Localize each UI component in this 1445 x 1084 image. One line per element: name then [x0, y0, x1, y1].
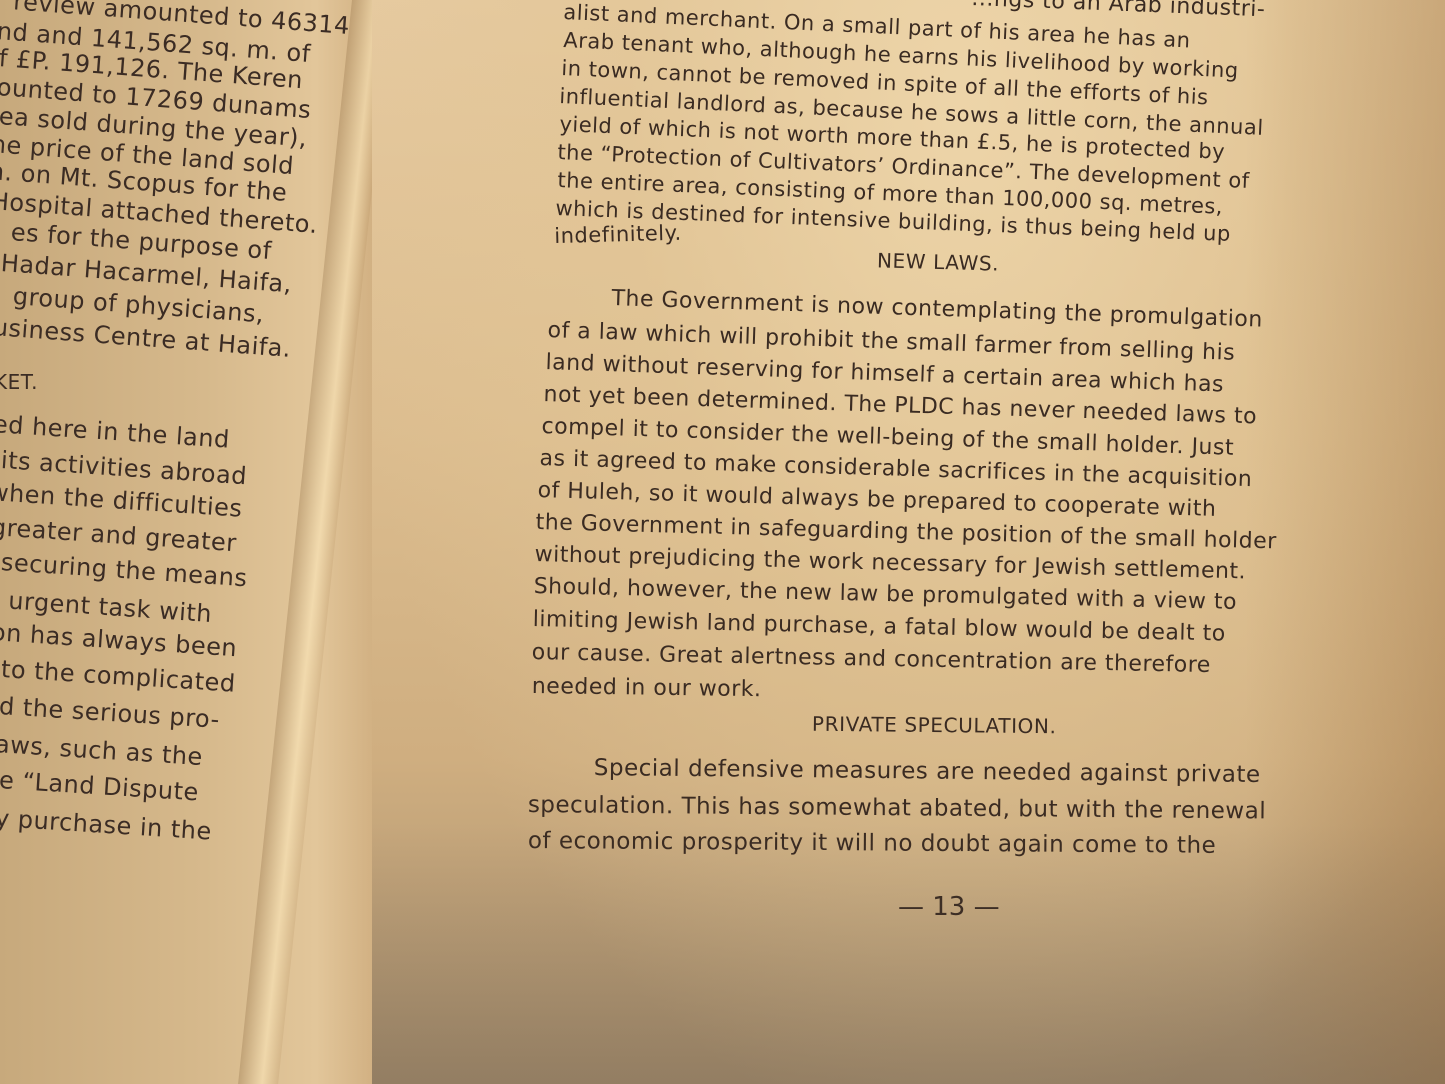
section-heading-private-speculation: PRIVATE SPECULATION. — [812, 712, 1057, 739]
text-line: limiting Jewish land purchase, a fatal b… — [532, 607, 1225, 647]
page-number: — 13 — — [898, 892, 1000, 922]
text-line: of economic prosperity it will no doubt … — [528, 828, 1217, 859]
text-line: ed here in the land — [0, 410, 231, 454]
section-heading-new-laws: NEW LAWS. — [877, 248, 1000, 275]
text-line: d the serious pro- — [0, 692, 221, 734]
text-line-fragment: ...ngs to an Arab industri- — [971, 0, 1266, 22]
book-spread: r review amounted to 46314 nd and 141,56… — [0, 0, 1445, 1084]
text-line: our cause. Great alertness and concentra… — [532, 640, 1212, 678]
text-line: to the complicated — [0, 655, 236, 698]
text-line: y purchase in the — [0, 804, 213, 846]
text-line: aws, such as the — [0, 730, 204, 771]
text-line: e “Land Dispute — [0, 766, 200, 807]
section-heading-left: KET. — [0, 370, 38, 394]
text-line: needed in our work. — [532, 674, 762, 702]
text-line: speculation. This has somewhat abated, b… — [528, 792, 1266, 824]
text-line: Special defensive measures are needed ag… — [594, 755, 1261, 788]
right-page: ...ngs to an Arab industri- alist and me… — [372, 0, 1445, 1084]
text-line: indefinitely. — [554, 221, 682, 248]
